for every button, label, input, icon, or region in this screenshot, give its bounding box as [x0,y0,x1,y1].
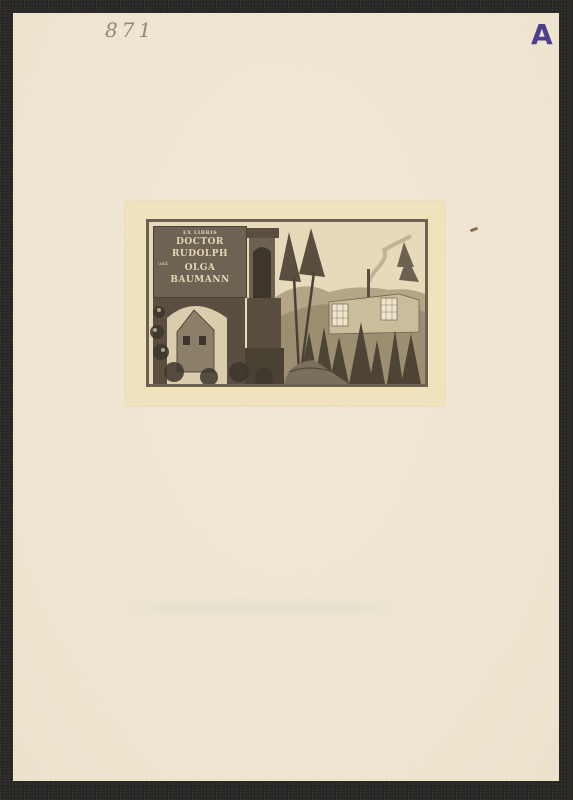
bookplate-engraving: EX LIBRIS DOCTOR RUDOLPH und OLGA BAUMAN… [146,219,428,387]
second-owner-name: OLGA [154,263,246,273]
title-panel: EX LIBRIS DOCTOR RUDOLPH und OLGA BAUMAN… [153,226,247,298]
owner-first-name: RUDOLPH [154,249,246,259]
mount-sheet: 871 A [13,13,559,781]
paper-speck [470,227,479,233]
owner-title: DOCTOR [154,237,246,247]
catalog-number: 871 [105,18,155,42]
paper-stain [133,601,393,615]
surname: BAUMANN [154,275,246,285]
corner-letter: A [531,18,553,51]
ex-libris-label: EX LIBRIS [154,230,246,236]
bookplate-card: EX LIBRIS DOCTOR RUDOLPH und OLGA BAUMAN… [125,201,445,406]
